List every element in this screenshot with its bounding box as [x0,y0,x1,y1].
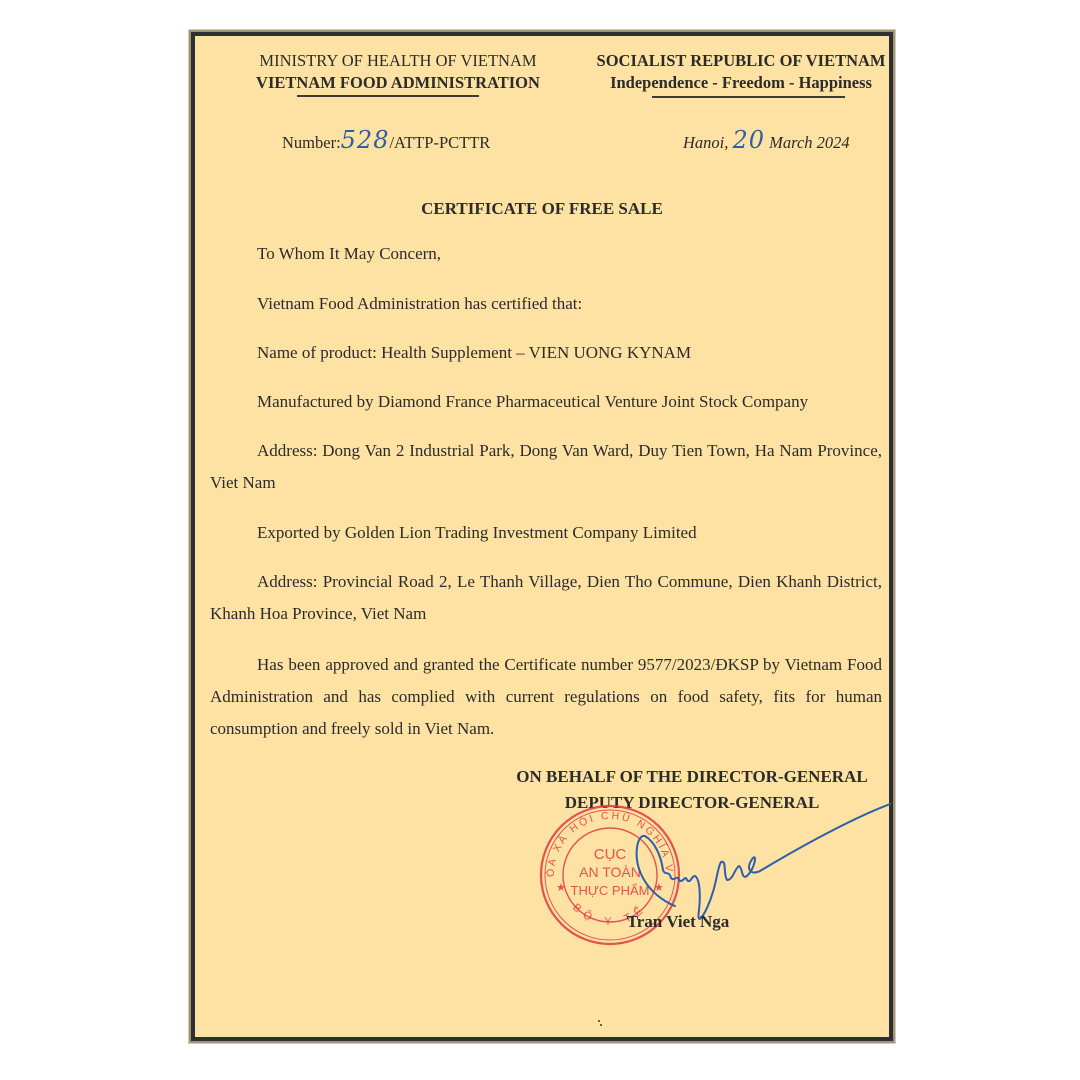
product-name: Name of product: Health Supplement – VIE… [210,337,882,369]
salutation: To Whom It May Concern, [210,238,882,270]
on-behalf-line: ON BEHALF OF THE DIRECTOR-GENERAL [507,767,877,787]
signatory-name: Tran Viet Nga [588,912,768,932]
date-place: Hanoi, [683,133,728,152]
paper-speck [600,1024,602,1026]
national-motto: Independence - Freedom - Happiness [595,72,887,94]
stamp-line-2: AN TOÀN [579,864,641,880]
exporter-address: Address: Provincial Road 2, Le Thanh Vil… [210,566,882,630]
certificate-page: MINISTRY OF HEALTH OF VIETNAM VIETNAM FO… [191,32,893,1041]
agency-name: VIETNAM FOOD ADMINISTRATION [253,72,543,94]
national-header: SOCIALIST REPUBLIC OF VIETNAM Independen… [595,50,887,94]
intro-line: Vietnam Food Administration has certifie… [210,288,882,320]
stamp-line-1: CỤC [594,846,627,863]
country-name: SOCIALIST REPUBLIC OF VIETNAM [595,50,887,72]
approval-statement: Has been approved and granted the Certif… [210,649,882,745]
number-handwritten: 528 [341,126,390,154]
paper-speck [598,1020,600,1022]
issuer-underline [297,95,479,97]
date-day-handwritten: 20 [733,126,766,154]
issuer-header: MINISTRY OF HEALTH OF VIETNAM VIETNAM FO… [253,50,543,94]
manufacturer-address: Address: Dong Van 2 Industrial Park, Don… [210,435,882,499]
motto-underline [652,96,845,98]
document-number: Number:528/ATTP-PCTTR [282,126,490,154]
ministry-name: MINISTRY OF HEALTH OF VIETNAM [253,50,543,72]
number-suffix: /ATTP-PCTTR [389,133,490,152]
svg-text:★: ★ [556,882,566,894]
date-month-year: March 2024 [769,133,850,152]
exporter: Exported by Golden Lion Trading Investme… [210,517,882,549]
document-date: Hanoi, 20 March 2024 [683,126,850,154]
manufacturer: Manufactured by Diamond France Pharmaceu… [210,386,882,418]
number-label: Number: [282,133,341,152]
document-title: CERTIFICATE OF FREE SALE [195,199,889,219]
